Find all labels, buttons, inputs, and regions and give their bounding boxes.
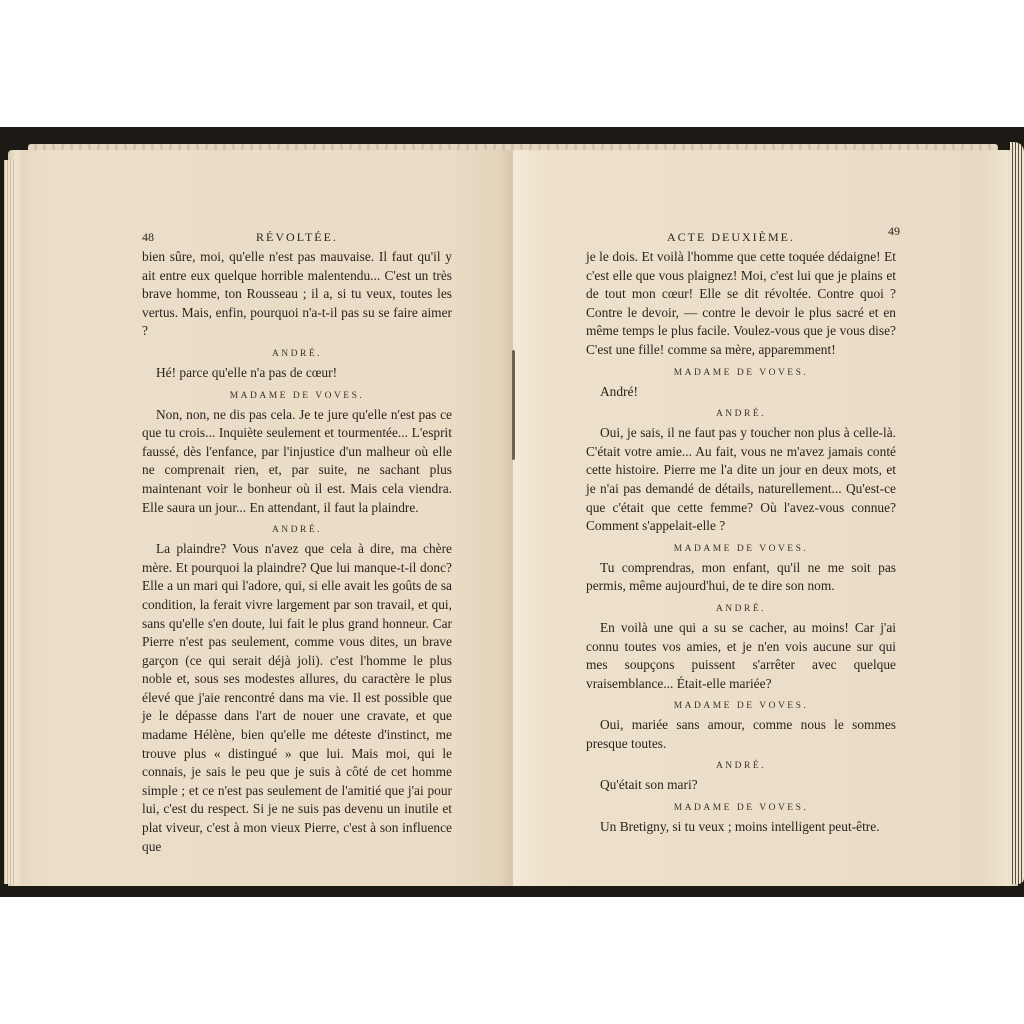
paragraph: Hé! parce qu'elle n'a pas de cœur! bbox=[142, 364, 452, 383]
speaker-name: ANDRÉ. bbox=[586, 602, 896, 616]
paragraph: Un Bretigny, si tu veux ; moins intellig… bbox=[586, 818, 896, 837]
speaker-name: MADAME DE VOVES. bbox=[586, 801, 896, 815]
paragraph: Tu comprendras, mon enfant, qu'il ne me … bbox=[586, 559, 896, 596]
left-running-head: 48 RÉVOLTÉE. bbox=[142, 228, 452, 248]
right-page-edges bbox=[1010, 142, 1024, 884]
right-running-head: ACTE DEUXIÈME. 49 bbox=[586, 228, 896, 248]
speaker-name: ANDRÉ. bbox=[142, 347, 452, 361]
speaker-name: MADAME DE VOVES. bbox=[142, 389, 452, 403]
paragraph: Oui, je sais, il ne faut pas y toucher n… bbox=[586, 424, 896, 536]
speaker-name: MADAME DE VOVES. bbox=[586, 366, 896, 380]
speaker-name: ANDRÉ. bbox=[586, 759, 896, 773]
paragraph: Non, non, ne dis pas cela. Je te jure qu… bbox=[142, 406, 452, 518]
page-number: 49 bbox=[888, 222, 900, 241]
running-title: ACTE DEUXIÈME. bbox=[566, 228, 896, 247]
speaker-name: MADAME DE VOVES. bbox=[586, 699, 896, 713]
binding-thread bbox=[512, 350, 515, 460]
paragraph: Oui, mariée sans amour, comme nous le so… bbox=[586, 716, 896, 753]
speaker-name: MADAME DE VOVES. bbox=[586, 542, 896, 556]
paragraph: bien sûre, moi, qu'elle n'est pas mauvai… bbox=[142, 248, 452, 341]
speaker-name: ANDRÉ. bbox=[586, 407, 896, 421]
paragraph: En voilà une qui a su se cacher, au moin… bbox=[586, 619, 896, 693]
left-page-edges bbox=[4, 160, 16, 884]
paragraph: La plaindre? Vous n'avez que cela à dire… bbox=[142, 540, 452, 856]
running-title: RÉVOLTÉE. bbox=[142, 228, 452, 247]
speaker-name: ANDRÉ. bbox=[142, 523, 452, 537]
paragraph: Qu'était son mari? bbox=[586, 776, 896, 795]
paragraph: je le dois. Et voilà l'homme que cette t… bbox=[586, 248, 896, 360]
left-page-text: 48 RÉVOLTÉE. bien sûre, moi, qu'elle n'e… bbox=[142, 228, 452, 856]
open-book: 48 RÉVOLTÉE. bien sûre, moi, qu'elle n'e… bbox=[8, 150, 1018, 886]
right-page-text: ACTE DEUXIÈME. 49 je le dois. Et voilà l… bbox=[586, 228, 896, 837]
paragraph: André! bbox=[586, 383, 896, 402]
